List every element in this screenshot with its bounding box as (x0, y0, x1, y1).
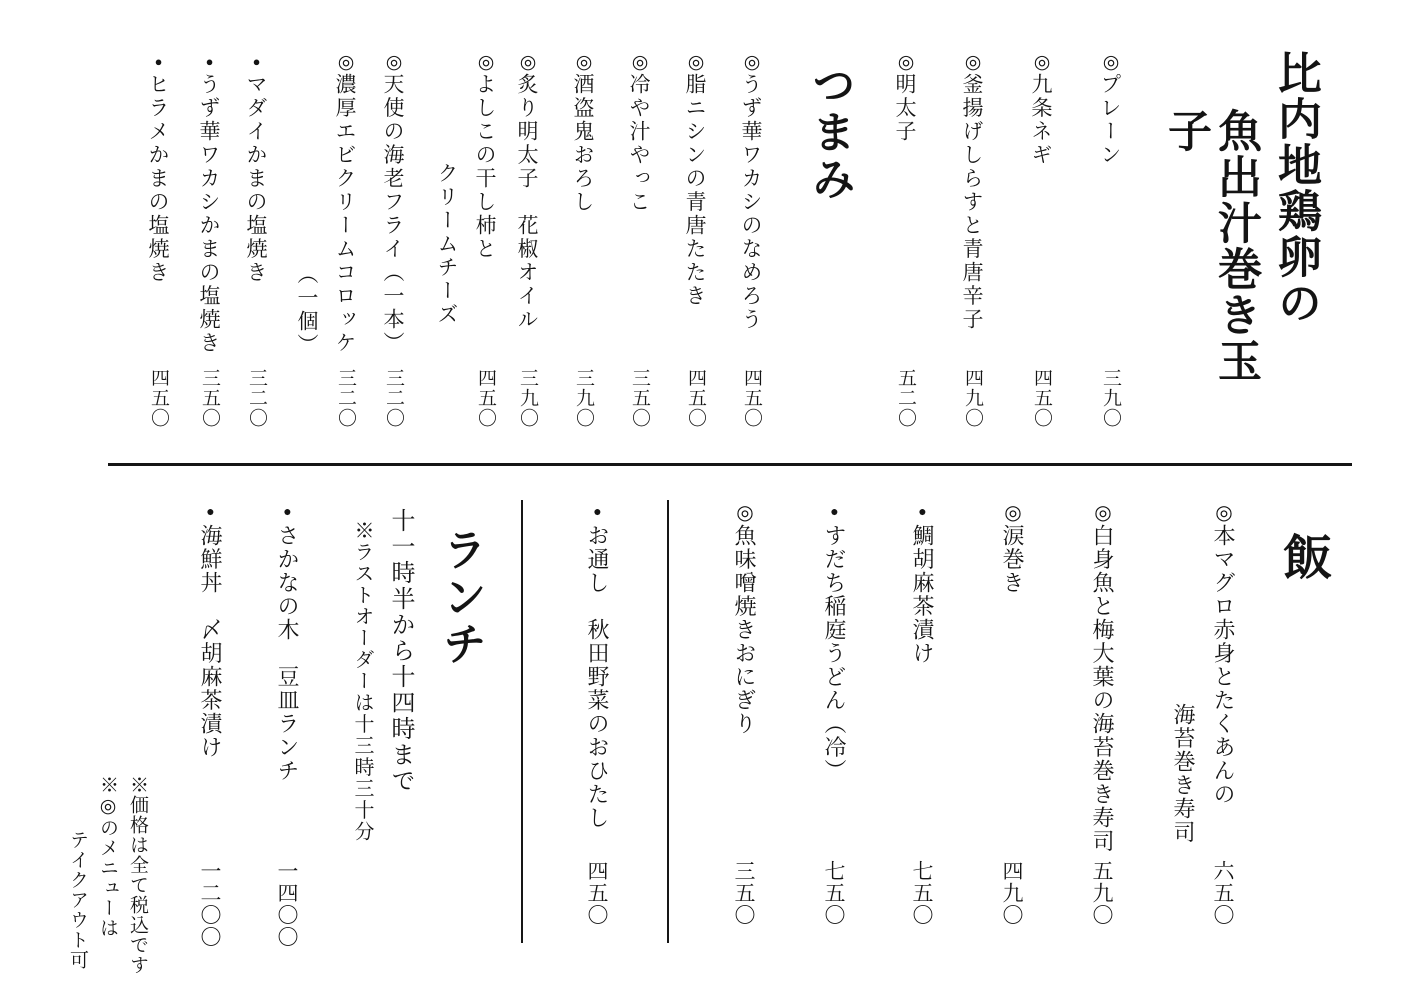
item-price: 四五〇 (473, 368, 497, 428)
item-name-line2: 海苔巻き寿司 (1170, 500, 1196, 860)
bullet-mark: ● (274, 500, 300, 524)
item-price: 七五〇 (821, 860, 847, 926)
bullet-mark: ● (244, 50, 268, 73)
vertical-divider-line (667, 500, 669, 943)
menu-item: ◎脂ニシンの青唐たたき 四五〇 (683, 50, 707, 428)
item-price: 五九〇 (1089, 860, 1115, 926)
menu-item: ◎釜揚げしらすと青唐辛子 四九〇 (960, 50, 984, 428)
section-header-tsumami: つまみ (803, 50, 855, 203)
item-name: ◎釜揚げしらすと青唐辛子 (960, 50, 984, 368)
menu-item: ◎プレーン 三九〇 (1098, 50, 1122, 428)
menu-item: ●すだち稲庭うどん（冷） 七五〇 (821, 500, 847, 926)
item-price: 三二〇 (244, 368, 268, 428)
menu-item: ◎炙り明太子 花椒オイル 三九〇 (515, 50, 539, 428)
item-name: ●鯛胡麻茶漬け (909, 500, 935, 860)
double-circle-mark: ◎ (683, 50, 707, 73)
item-name: ◎プレーン (1098, 50, 1122, 368)
item-price: 四五〇 (683, 368, 707, 428)
menu-item: ●お通し 秋田野菜のおひたし 四五〇 (584, 500, 610, 926)
menu-page: { "page": { "background": "#ffffff", "te… (0, 0, 1416, 1002)
double-circle-mark: ◎ (999, 500, 1025, 524)
footer-notes: ※価格は全て税込です ※◎のメニューは テイクアウト可 (66, 500, 148, 975)
item-name: ◎九条ネギ (1029, 50, 1053, 368)
item-price: 三五〇 (197, 368, 221, 428)
item-price: 三五〇 (731, 860, 757, 926)
item-name: ◎冷や汁やっこ (627, 50, 651, 368)
item-price: 一二〇〇 (197, 860, 223, 948)
item-name: ●すだち稲庭うどん（冷） (821, 500, 847, 860)
menu-item: ●海鮮丼 〆胡麻茶漬け 一二〇〇 (197, 500, 223, 948)
menu-item: ◎涙巻き 四九〇 (999, 500, 1025, 926)
bullet-mark: ● (197, 50, 221, 73)
menu-item: ◎冷や汁やっこ 三五〇 (627, 50, 651, 428)
menu-item: ◎本マグロ赤身とたくあんの 海苔巻き寿司 六五〇 (1170, 500, 1236, 926)
double-circle-mark: ◎ (739, 50, 763, 73)
item-price: 六五〇 (1210, 860, 1236, 926)
menu-item: ●うず華ワカシかまの塩焼き 三五〇 (197, 50, 221, 428)
double-circle-mark: ◎ (381, 50, 405, 73)
double-circle-mark: ◎ (1089, 500, 1115, 524)
menu-item: ◎うず華ワカシのなめろう 四五〇 (739, 50, 763, 428)
double-circle-mark: ◎ (893, 50, 917, 73)
double-circle-mark: ◎ (1098, 50, 1122, 73)
item-price: 四九〇 (960, 368, 984, 428)
item-price: 四五〇 (584, 860, 610, 926)
double-circle-mark: ◎ (333, 50, 357, 73)
section-tamago-tsumami: 比内地鶏卵の 魚出汁巻き玉子 ◎プレーン 三九〇 ◎九条ネギ 四五〇 ◎釜揚げし… (146, 50, 1320, 428)
double-circle-mark: ◎ (571, 50, 595, 73)
bullet-mark: ● (584, 500, 610, 524)
bullet-mark: ● (821, 500, 847, 524)
double-circle-mark: ◎ (960, 50, 984, 73)
item-price: 四五〇 (146, 368, 170, 428)
menu-item: ◎九条ネギ 四五〇 (1029, 50, 1053, 428)
lunch-hours: 十一時半から十四時まで (386, 500, 413, 794)
menu-item: ●さかなの木 豆皿ランチ 一四〇〇 (274, 500, 300, 948)
vertical-divider-line (521, 500, 523, 943)
item-name: ◎うず華ワカシのなめろう (739, 50, 763, 368)
item-name: ◎涙巻き (999, 500, 1025, 860)
menu-item: ●ヒラメかまの塩焼き 四五〇 (146, 50, 170, 428)
item-name: ●マダイかまの塩焼き (244, 50, 268, 368)
item-price: 三九〇 (1098, 368, 1122, 428)
section-header-lunch: ランチ (434, 500, 486, 668)
item-price: 一四〇〇 (274, 860, 300, 948)
section-divider-line (108, 463, 1352, 466)
item-price: 四五〇 (739, 368, 763, 428)
item-name-line2: （一個） (295, 50, 319, 368)
item-name: ◎炙り明太子 花椒オイル (515, 50, 539, 368)
menu-title-line2: 魚出汁巻き玉子 (1160, 50, 1260, 428)
double-circle-mark: ◎ (473, 50, 497, 73)
item-price: 四五〇 (1029, 368, 1053, 428)
item-name: ●ヒラメかまの塩焼き (146, 50, 170, 368)
item-price: 四九〇 (999, 860, 1025, 926)
item-name: ◎魚味噌焼きおにぎり (731, 500, 757, 860)
double-circle-mark: ◎ (515, 50, 539, 73)
item-price: 五二〇 (893, 368, 917, 428)
section-header-meshi: 飯 (1274, 500, 1330, 583)
item-name: ◎本マグロ赤身とたくあんの 海苔巻き寿司 (1170, 500, 1236, 860)
bullet-mark: ● (909, 500, 935, 524)
bullet-mark: ● (197, 500, 223, 524)
item-name: ◎濃厚エビクリームコロッケ （一個） (295, 50, 357, 368)
item-name: ●海鮮丼 〆胡麻茶漬け (197, 500, 223, 860)
item-price: 三五〇 (627, 368, 651, 428)
note-takeout-line2: テイクアウト可 (66, 500, 88, 975)
note-tax-included: ※価格は全て税込です (126, 500, 148, 975)
item-name: ●さかなの木 豆皿ランチ (274, 500, 300, 860)
menu-title-line1: 比内地鶏卵の (1270, 50, 1320, 428)
double-circle-mark: ◎ (1210, 500, 1236, 524)
double-circle-mark: ◎ (1029, 50, 1053, 73)
item-name: ◎酒盗鬼おろし (571, 50, 595, 368)
item-price: 七五〇 (909, 860, 935, 926)
bullet-mark: ● (146, 50, 170, 73)
item-name: ◎白身魚と梅大葉の海苔巻き寿司 (1089, 500, 1115, 860)
menu-item: ◎酒盗鬼おろし 三九〇 (571, 50, 595, 428)
item-price: 三二〇 (333, 368, 357, 428)
menu-item: ◎明太子 五二〇 (893, 50, 917, 428)
menu-item: ◎よしこの干し柿と クリームチーズ 四五〇 (435, 50, 497, 428)
menu-item: ◎天使の海老フライ（一本） 三二〇 (381, 50, 405, 428)
item-name: ◎脂ニシンの青唐たたき (683, 50, 707, 368)
item-price: 三九〇 (515, 368, 539, 428)
menu-item: ◎白身魚と梅大葉の海苔巻き寿司 五九〇 (1089, 500, 1115, 926)
menu-item: ◎魚味噌焼きおにぎり 三五〇 (731, 500, 757, 926)
item-price: 三二〇 (381, 368, 405, 428)
double-circle-mark: ◎ (731, 500, 757, 524)
menu-title: 比内地鶏卵の 魚出汁巻き玉子 (1160, 50, 1320, 428)
menu-item: ●マダイかまの塩焼き 三二〇 (244, 50, 268, 428)
item-name: ◎明太子 (893, 50, 917, 368)
item-name: ◎天使の海老フライ（一本） (381, 50, 405, 368)
menu-item: ◎濃厚エビクリームコロッケ （一個） 三二〇 (295, 50, 357, 428)
section-meshi-lunch: 飯 ◎本マグロ赤身とたくあんの 海苔巻き寿司 六五〇 ◎白身魚と梅大葉の海苔巻き… (66, 500, 1330, 978)
lunch-last-order-note: ※ラストオーダーは十三時三十分 (350, 500, 373, 843)
item-name: ●お通し 秋田野菜のおひたし (584, 500, 610, 860)
item-price: 三九〇 (571, 368, 595, 428)
double-circle-mark: ◎ (627, 50, 651, 73)
note-takeout-line1: ※◎のメニューは (96, 500, 118, 975)
item-name: ◎よしこの干し柿と クリームチーズ (435, 50, 497, 368)
menu-item: ●鯛胡麻茶漬け 七五〇 (909, 500, 935, 926)
item-name-line2: クリームチーズ (435, 50, 459, 368)
item-name: ●うず華ワカシかまの塩焼き (197, 50, 221, 368)
